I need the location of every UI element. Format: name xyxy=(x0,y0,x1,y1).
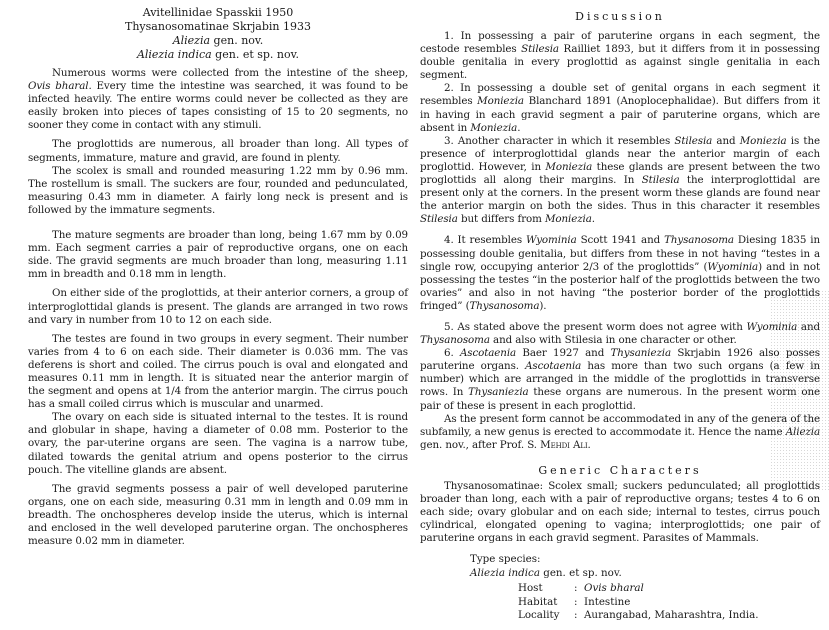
field-habitat: Habitat : Intestine xyxy=(518,596,820,610)
paragraph-proglottids: The proglottids are numerous, all broade… xyxy=(28,138,408,164)
discussion-point: 4. It resembles Wyominia Scott 1941 and … xyxy=(420,234,820,313)
type-species-name: Aliezia indica gen. et sp. nov. xyxy=(470,567,820,581)
paragraph-collection: Numerous worms were collected from the i… xyxy=(28,67,408,132)
left-column: Avitellinidae Spasskii 1950 Thysanosomat… xyxy=(28,0,408,548)
discussion-point: As the present form cannot be accommodat… xyxy=(420,413,820,452)
discussion-heading: Discussion xyxy=(420,10,820,24)
generic-characters-text: Thysanosomatinae: Scolex small; suckers … xyxy=(420,480,820,545)
species-heading: Aliezia indica gen. et sp. nov. xyxy=(28,48,408,62)
paragraph-ovary: The ovary on each side is situated inter… xyxy=(28,411,408,476)
subfamily-heading: Thysanosomatinae Skrjabin 1933 xyxy=(28,20,408,34)
genus-name: Aliezia xyxy=(173,34,210,47)
discussion-point: 6. Ascotaenia Baer 1927 and Thysaniezia … xyxy=(420,347,820,412)
discussion-point: 3. Another character in which it resembl… xyxy=(420,135,820,227)
right-column: Discussion 1. In possessing a pair of pa… xyxy=(420,0,820,623)
paragraph-scolex: The scolex is small and rounded measurin… xyxy=(28,165,408,217)
paragraph-testes: The testes are found in two groups in ev… xyxy=(28,333,408,412)
discussion-point: 5. As stated above the present worm does… xyxy=(420,321,820,347)
generic-characters-heading: Generic Characters xyxy=(420,464,820,478)
family-heading: Avitellinidae Spasskii 1950 xyxy=(28,6,408,20)
paragraph-interproglottidal-glands: On either side of the proglottids, at th… xyxy=(28,287,408,326)
field-host: Host : Ovis bharal xyxy=(518,582,820,596)
field-locality: Locality : Aurangabad, Maharashtra, Indi… xyxy=(518,609,820,623)
species-name: Aliezia indica xyxy=(137,48,212,61)
type-species-label: Type species: xyxy=(470,553,820,567)
discussion-body: 1. In possessing a pair of paruterine or… xyxy=(420,30,820,452)
discussion-point: 1. In possessing a pair of paruterine or… xyxy=(420,30,820,82)
type-species-block: Type species: Aliezia indica gen. et sp.… xyxy=(470,553,820,623)
paragraph-gravid-segments: The gravid segments possess a pair of we… xyxy=(28,483,408,548)
genus-heading: Aliezia gen. nov. xyxy=(28,34,408,48)
discussion-point: 2. In possessing a double set of genital… xyxy=(420,82,820,134)
type-species-fields: Host : Ovis bharal Habitat : Intestine L… xyxy=(518,582,820,623)
paragraph-mature-segments: The mature segments are broader than lon… xyxy=(28,229,408,281)
